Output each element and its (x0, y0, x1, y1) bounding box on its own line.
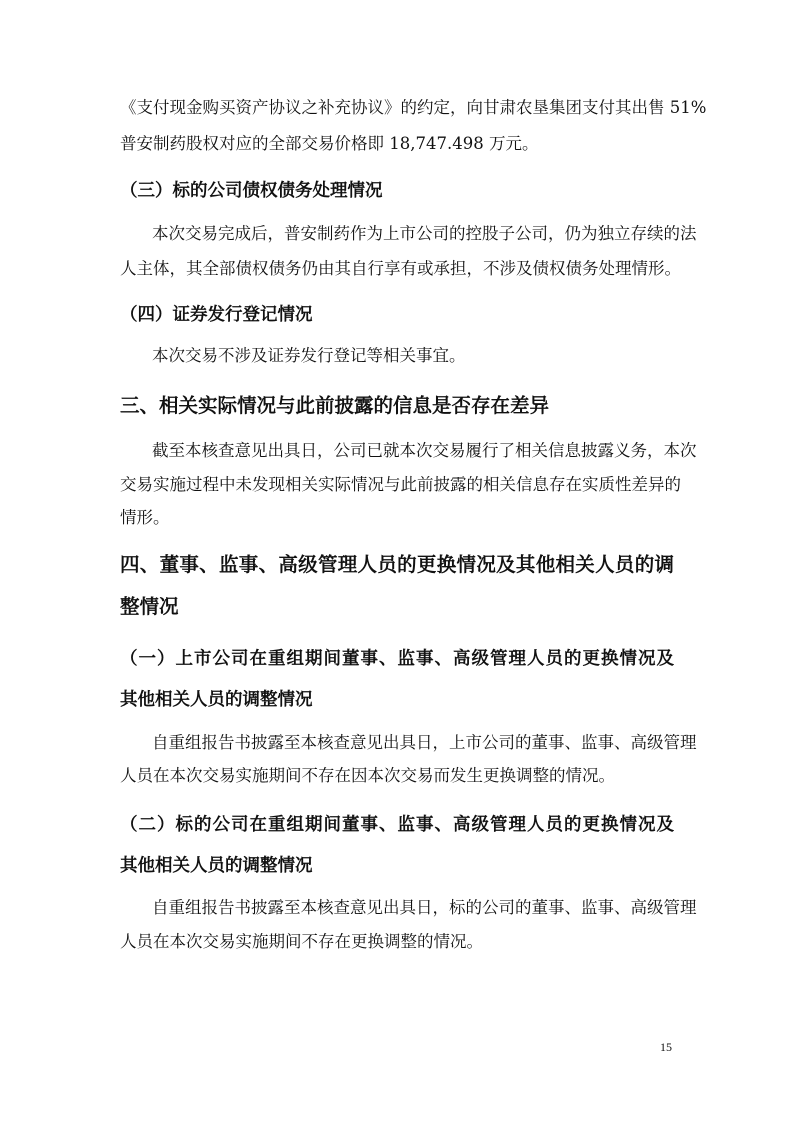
section-heading-3: （三）标的公司债权债务处理情况 (120, 180, 674, 202)
chapter-heading-3: 三、相关实际情况与此前披露的信息是否存在差异 (120, 394, 674, 418)
chapter-heading-4: 四、董事、监事、高级管理人员的更换情况及其他相关人员的调 (120, 553, 674, 577)
paragraph-line: 人主体，其全部债权债务仍由其自行享有或承担，不涉及债权债务处理情形。 (120, 259, 674, 279)
document-page: 《支付现金购买资产协议之补充协议》的约定，向甘肃农垦集团支付其出售 51% 普安… (0, 0, 793, 1122)
section-heading-1: （一）上市公司在重组期间董事、监事、高级管理人员的更换情况及 (120, 648, 674, 670)
paragraph-line: 自重组报告书披露至本核查意见出具日，上市公司的董事、监事、高级管理 (152, 733, 674, 753)
chapter-heading-4-cont: 整情况 (120, 595, 674, 619)
paragraph-line: 人员在本次交易实施期间不存在更换调整的情况。 (120, 932, 674, 952)
section-heading-2-cont: 其他相关人员的调整情况 (120, 855, 674, 877)
paragraph-line: 本次交易完成后，普安制药作为上市公司的控股子公司，仍为独立存续的法 (152, 224, 674, 244)
page-number: 15 (660, 1040, 672, 1055)
section-heading-1-cont: 其他相关人员的调整情况 (120, 689, 674, 711)
section-heading-2: （二）标的公司在重组期间董事、监事、高级管理人员的更换情况及 (120, 814, 674, 836)
paragraph-line: 情形。 (120, 508, 674, 528)
paragraph-line: 自重组报告书披露至本核查意见出具日，标的公司的董事、监事、高级管理 (152, 898, 674, 918)
paragraph-line: 人员在本次交易实施期间不存在因本次交易而发生更换调整的情况。 (120, 766, 674, 786)
paragraph-line: 《支付现金购买资产协议之补充协议》的约定，向甘肃农垦集团支付其出售 51% (120, 98, 674, 118)
paragraph-line: 截至本核查意见出具日，公司已就本次交易履行了相关信息披露义务，本次 (152, 441, 674, 461)
paragraph-line: 普安制药股权对应的全部交易价格即 18,747.498 万元。 (120, 134, 674, 154)
section-heading-4: （四）证券发行登记情况 (120, 304, 674, 326)
paragraph-line: 本次交易不涉及证券发行登记等相关事宜。 (152, 346, 674, 366)
paragraph-line: 交易实施过程中未发现相关实际情况与此前披露的相关信息存在实质性差异的 (120, 475, 674, 495)
